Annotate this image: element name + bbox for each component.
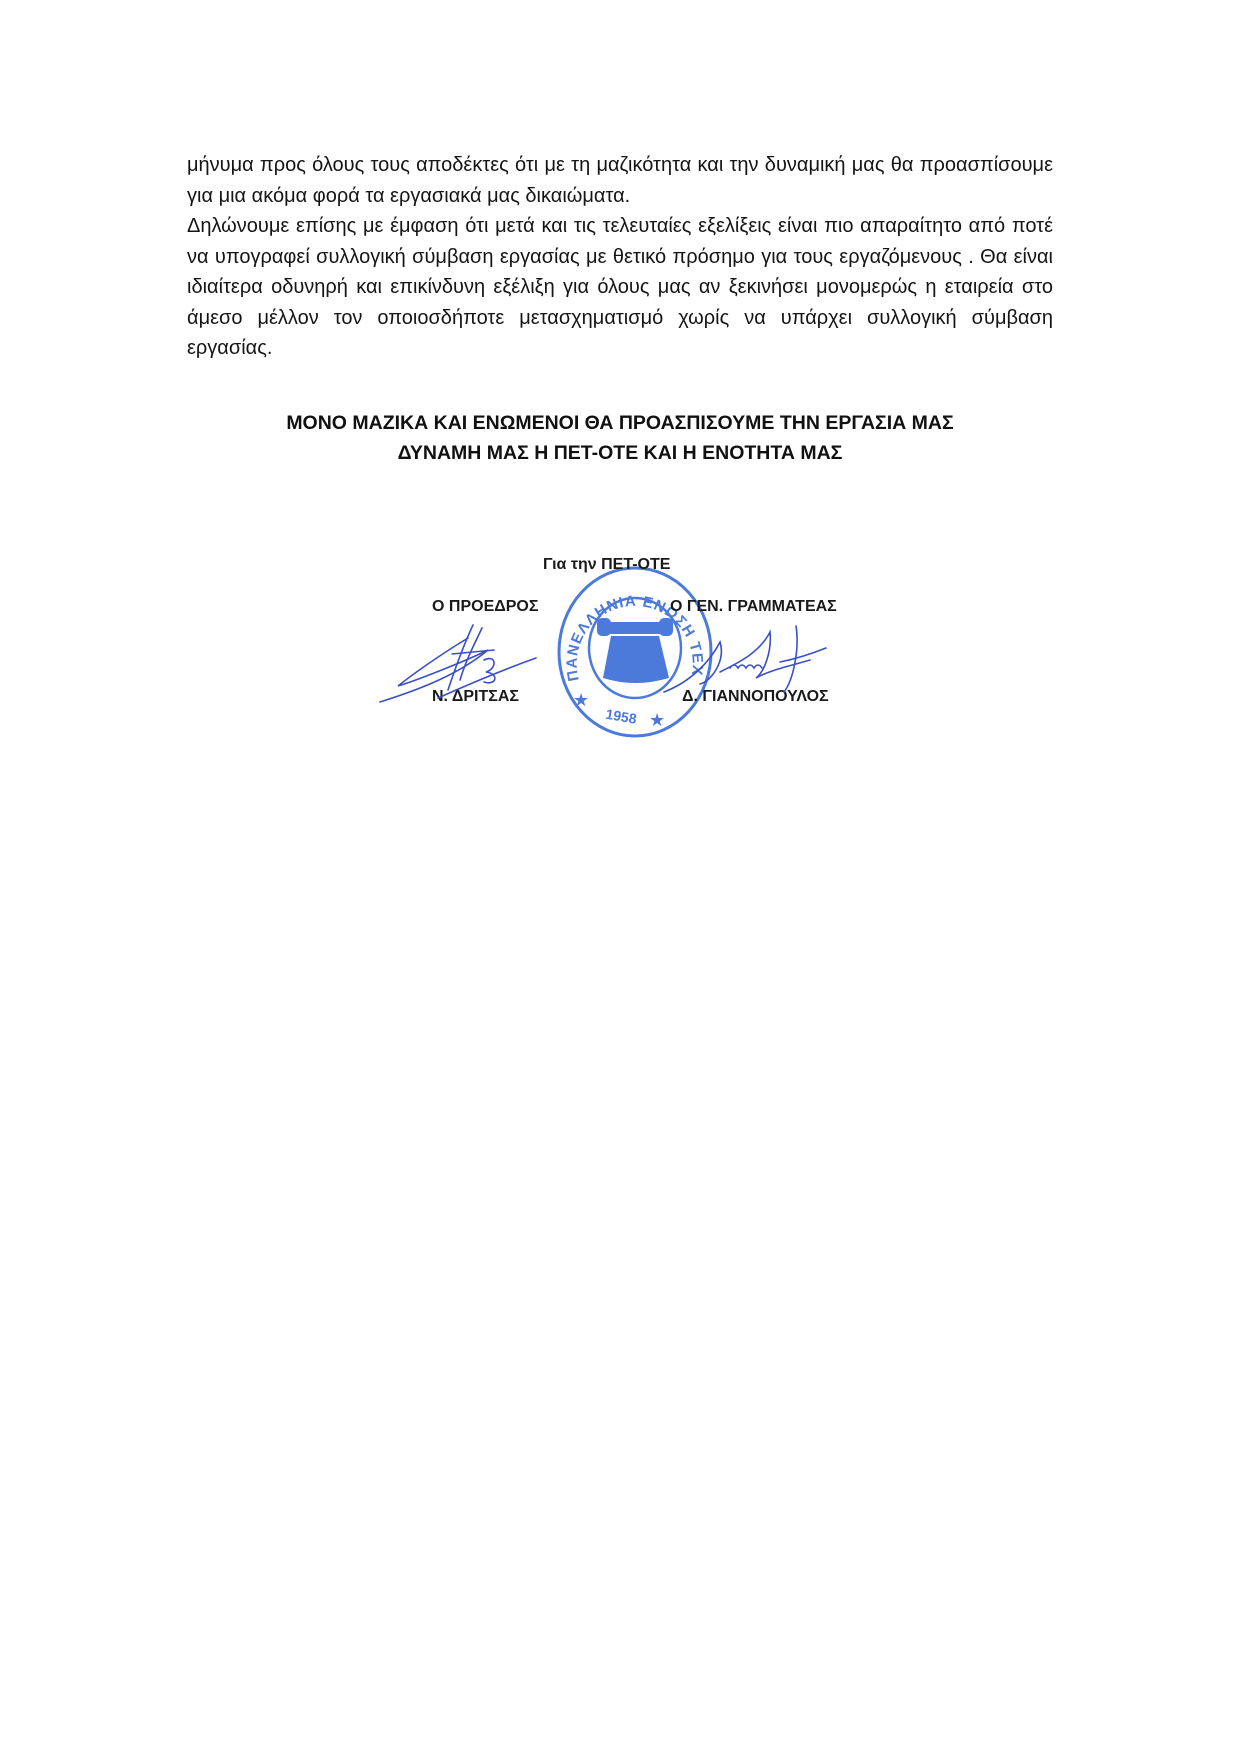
paragraph: μήνυμα προς όλους τους αποδέκτες ότι με … — [187, 150, 1053, 211]
telephone-icon — [597, 618, 673, 683]
star-icon: ★ — [649, 710, 665, 730]
paragraph: Δηλώνουμε επίσης με έμφαση ότι μετά και … — [187, 211, 1053, 364]
star-icon: ★ — [573, 690, 589, 710]
stamp-year: 1958 — [604, 706, 638, 727]
slogan-line: ΜΟΝΟ ΜΑΖΙΚΑ ΚΑΙ ΕΝΩΜΕΝΟΙ ΘΑ ΠΡΟΑΣΠΙΣΟΥΜΕ… — [0, 408, 1240, 438]
secretary-title: Ο ΓΕΝ. ΓΡΑΜΜΑΤΕΑΣ — [670, 598, 837, 616]
secretary-name: Δ. ΓΙΑΝΝΟΠΟΥΛΟΣ — [682, 688, 829, 706]
body-text: μήνυμα προς όλους τους αποδέκτες ότι με … — [187, 150, 1053, 364]
president-name: Ν. ΔΡΙΤΣΑΣ — [432, 688, 519, 706]
signatures-header: Για την ΠΕΤ-ΟΤΕ — [543, 556, 670, 574]
slogan-line: ΔΥΝΑΜΗ ΜΑΣ Η ΠΕΤ-ΟΤΕ ΚΑΙ Η ΕΝΟΤΗΤΑ ΜΑΣ — [0, 438, 1240, 468]
union-stamp: ΠΑΝΕΛΛΗΝΙΑ ΕΝΩΣΗ ΤΕΧΝΙΚΩΝ Ο.Τ.Ε. 1958 ★ … — [555, 560, 715, 738]
slogans: ΜΟΝΟ ΜΑΖΙΚΑ ΚΑΙ ΕΝΩΜΕΝΟΙ ΘΑ ΠΡΟΑΣΠΙΣΟΥΜΕ… — [0, 408, 1240, 468]
president-title: Ο ΠΡΟΕΔΡΟΣ — [432, 598, 538, 616]
document-page: μήνυμα προς όλους τους αποδέκτες ότι με … — [0, 0, 1240, 1754]
